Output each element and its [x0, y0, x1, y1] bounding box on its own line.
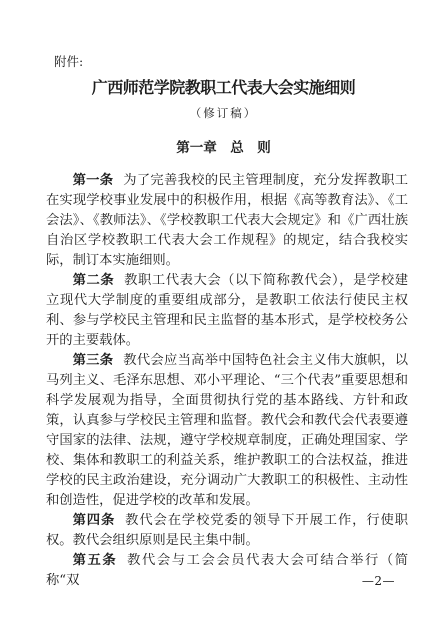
article-paragraph-1: 第一条为了完善我校的民主管理制度，充分发挥教职工在实现学校事业发展中的积极作用，…: [46, 171, 408, 271]
article-paragraph-2: 第二条教职工代表大会（以下简称教代会），是学校建立现代大学制度的重要组成部分，是…: [46, 271, 408, 351]
document-body: 第一条为了完善我校的民主管理制度，充分发挥教职工在实现学校事业发展中的积极作用，…: [46, 171, 408, 591]
chapter-heading: 第一章 总 则: [0, 140, 447, 156]
article-label-5: 第五条: [73, 553, 128, 568]
attachment-label: 附件:: [54, 56, 83, 69]
article-label-4: 第四条: [73, 513, 126, 528]
document-title: 广西师范学院教职工代表大会实施细则: [0, 78, 447, 97]
document-subtitle: （修订稿）: [0, 107, 447, 121]
document-page: 附件: 广西师范学院教职工代表大会实施细则 （修订稿） 第一章 总 则 第一条为…: [0, 0, 447, 634]
article-paragraph-4: 第四条教代会在学校党委的领导下开展工作，行使职权。教代会组织原则是民主集中制。: [46, 511, 408, 551]
article-label-3: 第三条: [73, 353, 124, 368]
article-paragraph-5: 第五条教代会与工会会员代表大会可结合举行（简称“双: [46, 551, 408, 591]
article-label-2: 第二条: [73, 273, 125, 288]
article-paragraph-3: 第三条教代会应当高举中国特色社会主义伟大旗帜，以马列主义、毛泽东思想、邓小平理论…: [46, 351, 408, 511]
article-label-1: 第一条: [73, 173, 124, 188]
article-text-3: 教代会应当高举中国特色社会主义伟大旗帜，以马列主义、毛泽东思想、邓小平理论、“三…: [46, 353, 408, 508]
page-number: —2—: [362, 574, 395, 588]
